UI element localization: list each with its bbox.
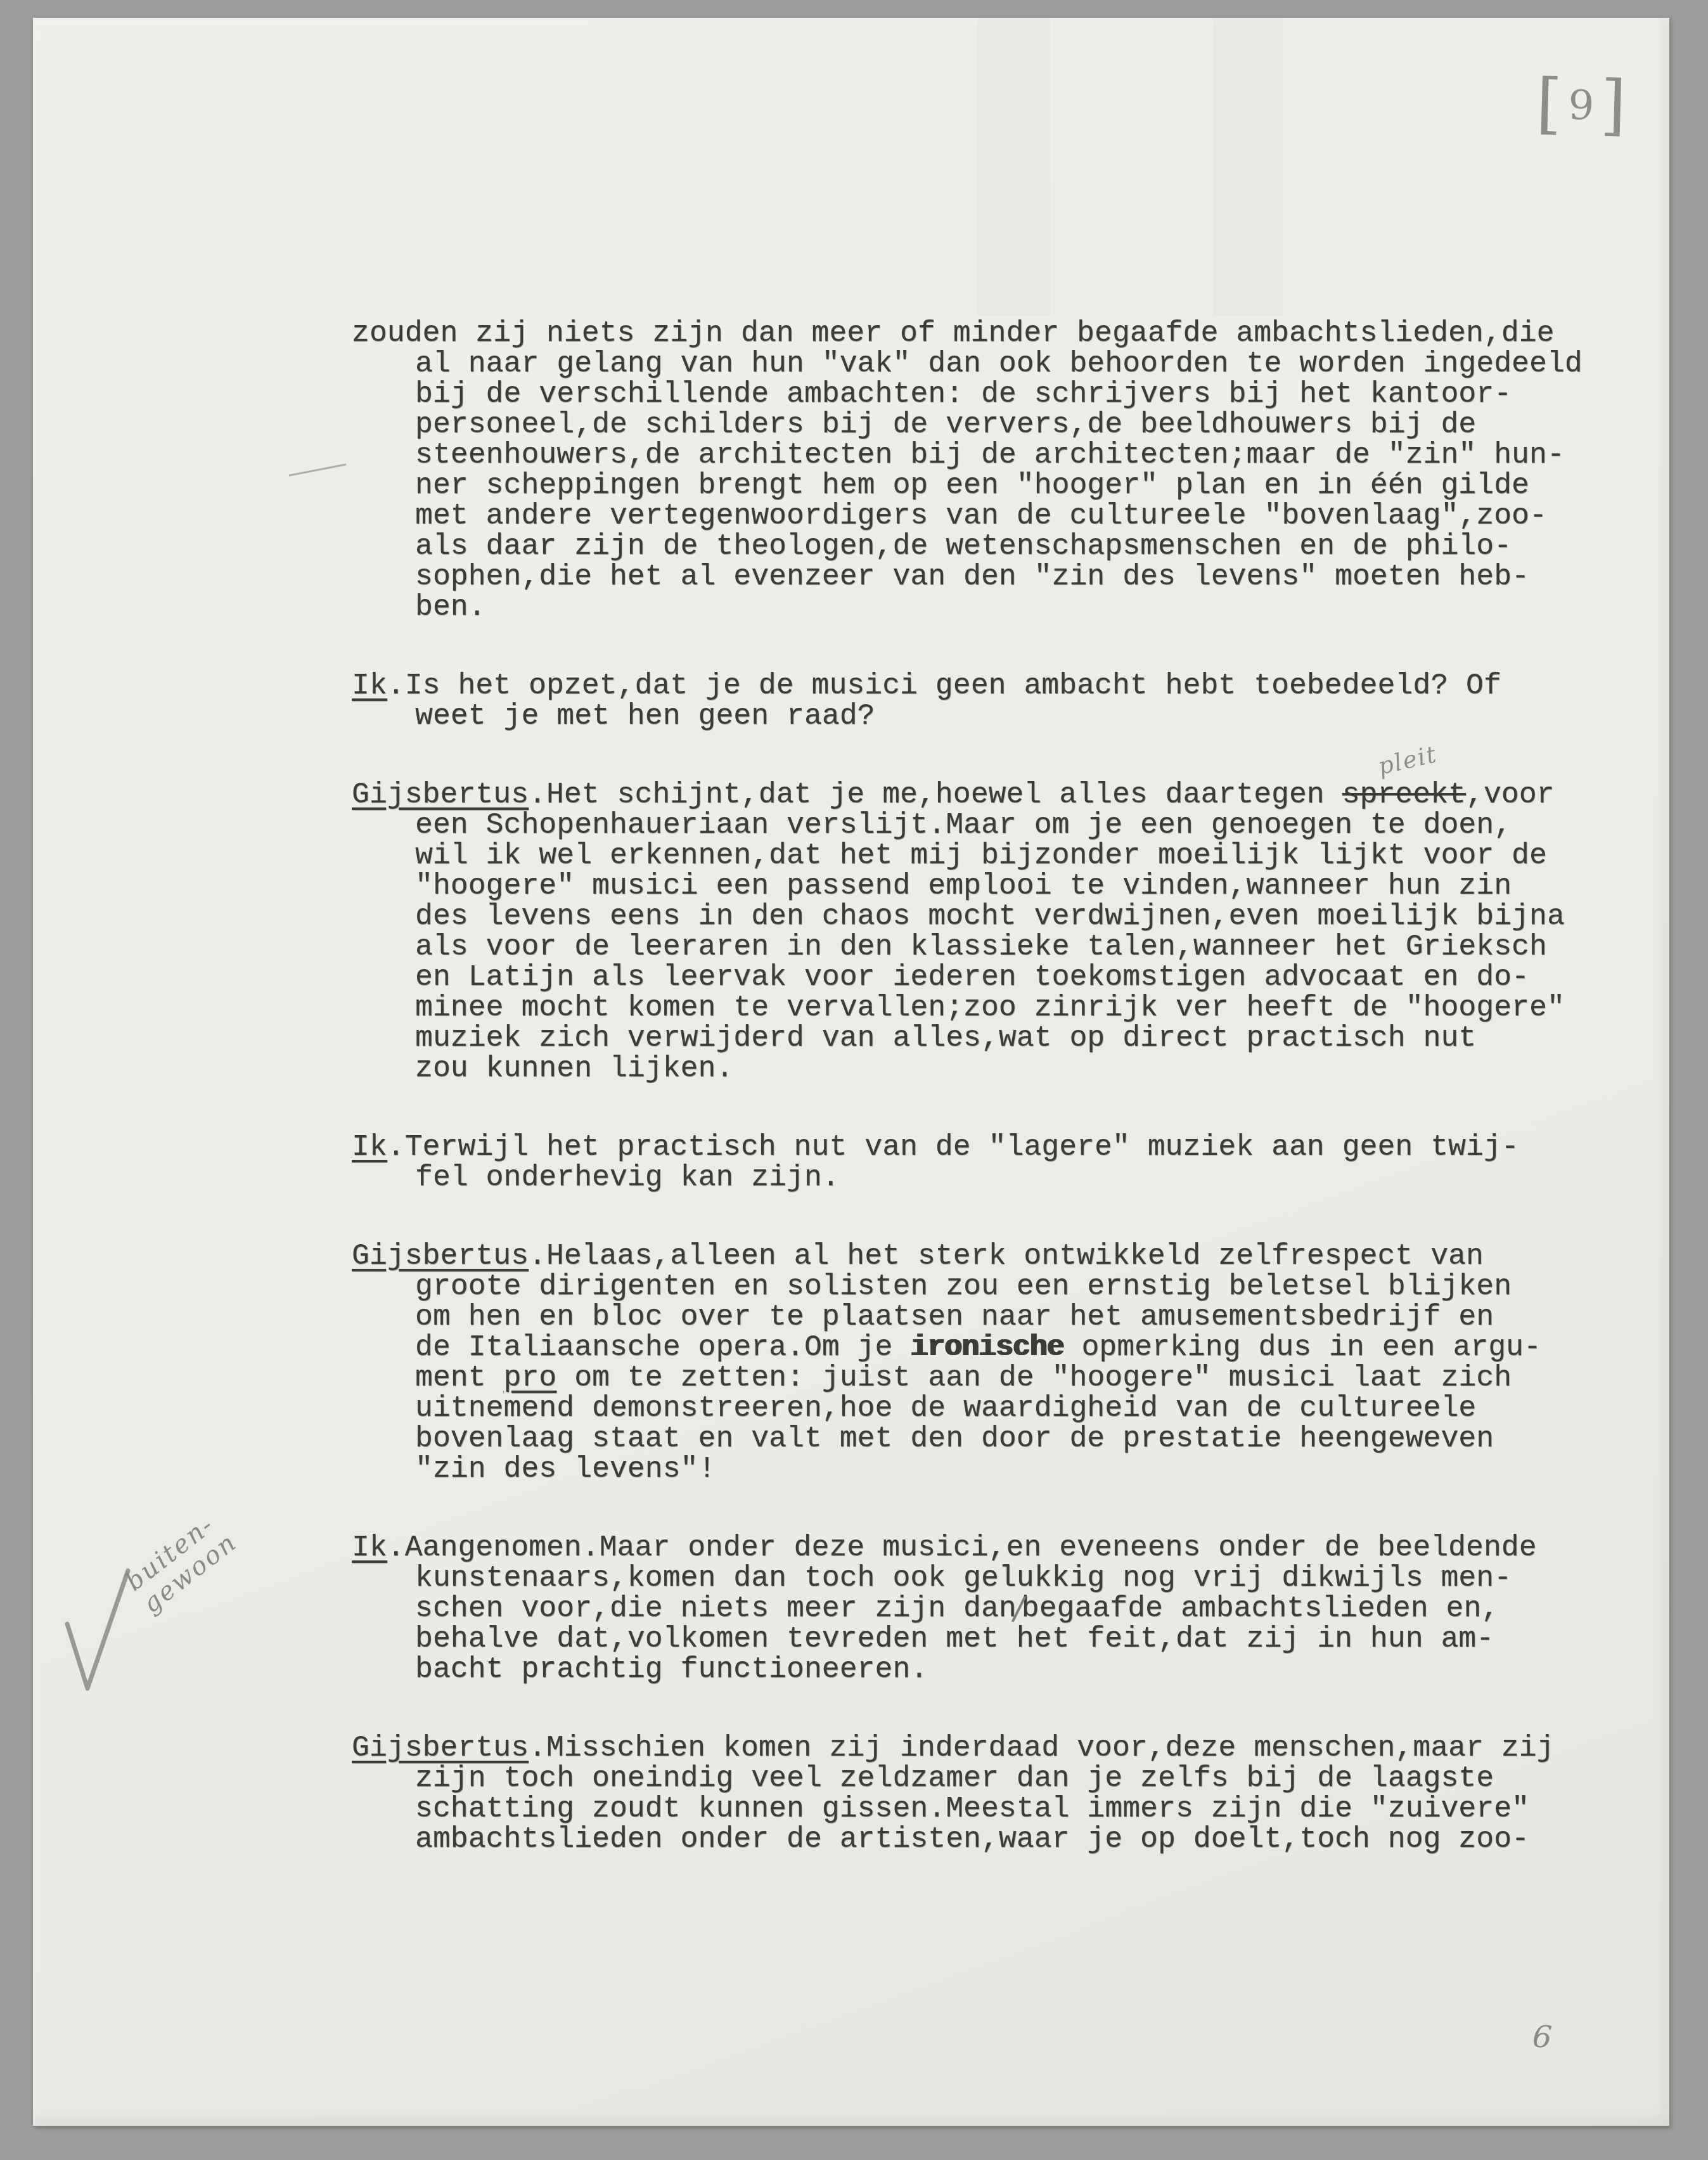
text-segment: ment xyxy=(415,1361,504,1394)
text-line: om hen en bloc over te plaatsen naar het… xyxy=(352,1302,1626,1332)
text-segment: als daar zijn de theologen,de wetenschap… xyxy=(415,529,1512,563)
text-segment: ambachtslieden onder de artisten,waar je… xyxy=(415,1822,1529,1856)
bracket-close: ] xyxy=(1600,66,1628,144)
text-line: bacht prachtig functioneeren. xyxy=(352,1654,1626,1685)
text-line: Ik.Aangenomen.Maar onder deze musici,en … xyxy=(352,1533,1626,1563)
document-page: [9] zouden zij niets zijn dan meer of mi… xyxy=(33,18,1669,2126)
text-segment: sophen,die het al evenzeer van den "zin … xyxy=(415,560,1529,593)
text-line: zouden zij niets zijn dan meer of minder… xyxy=(352,318,1626,349)
text-segment: groote dirigenten en solisten zou een er… xyxy=(415,1270,1512,1303)
text-segment: ner scheppingen brengt hem op een "hooge… xyxy=(415,468,1529,502)
text-segment: schatting zoudt kunnen gissen.Meestal im… xyxy=(415,1792,1529,1825)
scan-artifact-band xyxy=(977,18,1050,316)
text-line: behalve dat,volkomen tevreden met het fe… xyxy=(352,1624,1626,1654)
paragraph: zouden zij niets zijn dan meer of minder… xyxy=(352,318,1626,622)
struck-word: spreektpleit xyxy=(1342,778,1466,811)
text-line: en Latijn als leervak voor iederen toeko… xyxy=(352,962,1626,993)
text-line: ben. xyxy=(352,592,1626,622)
text-segment: muziek zich verwijderd van alles,wat op … xyxy=(415,1021,1476,1055)
text-segment: kunstenaars,komen dan toch ook gelukkig … xyxy=(415,1561,1512,1595)
bracket-open: [ xyxy=(1535,64,1563,142)
text-segment: weet je met hen geen raad? xyxy=(415,699,875,733)
paragraph: Gijsbertus.Het schijnt,dat je me,hoewel … xyxy=(352,780,1626,1084)
text-segment: zou kunnen lijken. xyxy=(415,1051,733,1085)
text-segment: "zin des levens"! xyxy=(415,1452,716,1486)
text-line: schatting zoudt kunnen gissen.Meestal im… xyxy=(352,1794,1626,1824)
text-segment: personeel,de schilders bij de ververs,de… xyxy=(415,408,1476,441)
text-line: Ik.Is het opzet,dat je de musici geen am… xyxy=(352,671,1626,701)
text-segment: zouden zij niets zijn dan meer of minder… xyxy=(352,316,1555,350)
speaker-name: Ik xyxy=(352,669,387,702)
text-line: Ik.Terwijl het practisch nut van de "lag… xyxy=(352,1132,1626,1162)
page-number-annotation: [9] xyxy=(1536,70,1628,138)
text-line: wil ik wel erkennen,dat het mij bijzonde… xyxy=(352,840,1626,871)
text-segment: schen voor,die niets meer zijn dan xyxy=(415,1591,1017,1625)
margin-note-text: buiten- gewoon xyxy=(120,1506,242,1618)
text-segment: met andere vertegenwoordigers van de cul… xyxy=(415,499,1547,532)
speaker-name: Ik xyxy=(352,1531,387,1564)
text-line: Gijsbertus.Misschien komen zij inderdaad… xyxy=(352,1733,1626,1763)
text-segment: .Aangenomen.Maar onder deze musici,en ev… xyxy=(387,1531,1537,1564)
checkmark-icon xyxy=(63,1563,133,1696)
text-line: ment pro om te zetten: juist aan de "hoo… xyxy=(352,1363,1626,1393)
text-line: muziek zich verwijderd van alles,wat op … xyxy=(352,1023,1626,1053)
text-line: Gijsbertus.Helaas,alleen al het sterk on… xyxy=(352,1241,1626,1271)
text-line: schen voor,die niets meer zijn dan/begaa… xyxy=(352,1593,1626,1624)
page-number-digit: 9 xyxy=(1562,82,1602,130)
text-line: groote dirigenten en solisten zou een er… xyxy=(352,1271,1626,1302)
text-line: bij de verschillende ambachten: de schri… xyxy=(352,379,1626,409)
typescript-text: zouden zij niets zijn dan meer of minder… xyxy=(352,318,1626,1903)
text-segment: .Het schijnt,dat je me,hoewel alles daar… xyxy=(529,778,1342,811)
text-segment: behalve dat,volkomen tevreden met het fe… xyxy=(415,1622,1494,1655)
text-segment: al naar gelang van hun "vak" dan ook beh… xyxy=(415,347,1583,380)
text-line: personeel,de schilders bij de ververs,de… xyxy=(352,409,1626,440)
text-line: uitnemend demonstreeren,hoe de waardighe… xyxy=(352,1393,1626,1424)
text-segment: bacht prachtig functioneeren. xyxy=(415,1652,928,1686)
text-segment: des levens eens in den chaos mocht verdw… xyxy=(415,899,1565,933)
text-segment: uitnemend demonstreeren,hoe de waardighe… xyxy=(415,1391,1476,1425)
pencil-dash-mark xyxy=(289,463,347,476)
text-segment: .Misschien komen zij inderdaad voor,deze… xyxy=(529,1731,1554,1765)
paragraph: Ik.Terwijl het practisch nut van de "lag… xyxy=(352,1132,1626,1193)
scan-background: { "document": { "language": "Dutch", "ty… xyxy=(0,0,1708,2160)
text-segment: de Italiaansche opera.Om je xyxy=(415,1330,910,1364)
text-segment: minee mocht komen te vervallen;zoo zinri… xyxy=(415,991,1565,1024)
text-segment: bij de verschillende ambachten: de schri… xyxy=(415,377,1512,411)
text-line: zijn toch oneindig veel zeldzamer dan je… xyxy=(352,1763,1626,1794)
text-segment: .Helaas,alleen al het sterk ontwikkeld z… xyxy=(529,1239,1484,1273)
paragraph: Gijsbertus.Helaas,alleen al het sterk on… xyxy=(352,1241,1626,1484)
text-line: met andere vertegenwoordigers van de cul… xyxy=(352,501,1626,531)
text-line: weet je met hen geen raad? xyxy=(352,701,1626,731)
speaker-name: Gijsbertus xyxy=(352,778,529,811)
text-line: Gijsbertus.Het schijnt,dat je me,hoewel … xyxy=(352,780,1626,810)
margin-note: buiten- gewoon xyxy=(52,1514,255,1704)
text-line: "zin des levens"! xyxy=(352,1454,1626,1484)
text-segment: .Is het opzet,dat je de musici geen amba… xyxy=(387,669,1501,702)
text-line: een Schopenhaueriaan verslijt.Maar om je… xyxy=(352,810,1626,840)
paragraph: Ik.Aangenomen.Maar onder deze musici,en … xyxy=(352,1533,1626,1685)
text-line: minee mocht komen te vervallen;zoo zinri… xyxy=(352,993,1626,1023)
text-segment: een Schopenhaueriaan verslijt.Maar om je… xyxy=(415,808,1512,842)
text-segment: bovenlaag staat en valt met den door de … xyxy=(415,1422,1494,1455)
text-segment: ,voor xyxy=(1466,778,1555,811)
text-segment: begaafde ambachtslieden en, xyxy=(1022,1591,1499,1625)
text-segment: als voor de leeraren in den klassieke ta… xyxy=(415,930,1547,963)
text-line: bovenlaag staat en valt met den door de … xyxy=(352,1424,1626,1454)
underlined-word: pro xyxy=(504,1361,557,1394)
handwritten-correction: pleit xyxy=(1376,742,1439,778)
text-segment: .Terwijl het practisch nut van de "lager… xyxy=(387,1130,1519,1164)
text-segment: om te zetten: juist aan de "hoogere" mus… xyxy=(556,1361,1512,1394)
text-segment: en Latijn als leervak voor iederen toeko… xyxy=(415,960,1529,994)
text-line: sophen,die het al evenzeer van den "zin … xyxy=(352,562,1626,592)
text-line: kunstenaars,komen dan toch ook gelukkig … xyxy=(352,1563,1626,1593)
text-line: "hoogere" musici een passend emplooi te … xyxy=(352,871,1626,901)
speaker-name: Gijsbertus xyxy=(352,1731,529,1765)
text-segment: steenhouwers,de architecten bij de archi… xyxy=(415,438,1565,472)
text-segment: "hoogere" musici een passend emplooi te … xyxy=(415,869,1512,903)
text-segment: zijn toch oneindig veel zeldzamer dan je… xyxy=(415,1761,1494,1795)
text-line: steenhouwers,de architecten bij de archi… xyxy=(352,440,1626,470)
text-line: de Italiaansche opera.Om je ironische op… xyxy=(352,1332,1626,1363)
text-segment: om hen en bloc over te plaatsen naar het… xyxy=(415,1300,1494,1334)
text-line: zou kunnen lijken. xyxy=(352,1053,1626,1084)
scan-artifact-band xyxy=(1213,18,1283,316)
text-segment: opmerking dus in een argu- xyxy=(1063,1330,1541,1364)
text-line: ner scheppingen brengt hem op een "hooge… xyxy=(352,470,1626,501)
text-line: des levens eens in den chaos mocht verdw… xyxy=(352,901,1626,932)
bottom-page-number: 6 xyxy=(1531,2019,1553,2055)
text-line: al naar gelang van hun "vak" dan ook beh… xyxy=(352,349,1626,379)
speaker-name: Ik xyxy=(352,1130,387,1164)
text-segment: ben. xyxy=(415,590,486,624)
paragraph: Ik.Is het opzet,dat je de musici geen am… xyxy=(352,671,1626,731)
text-line: als voor de leeraren in den klassieke ta… xyxy=(352,932,1626,962)
text-segment: fel onderhevig kan zijn. xyxy=(415,1160,840,1194)
text-segment: wil ik wel erkennen,dat het mij bijzonde… xyxy=(415,839,1547,872)
overtyped-word: ironische xyxy=(910,1330,1063,1364)
text-line: ambachtslieden onder de artisten,waar je… xyxy=(352,1824,1626,1855)
paragraph: Gijsbertus.Misschien komen zij inderdaad… xyxy=(352,1733,1626,1855)
speaker-name: Gijsbertus xyxy=(352,1239,529,1273)
text-line: fel onderhevig kan zijn. xyxy=(352,1162,1626,1193)
text-line: als daar zijn de theologen,de wetenschap… xyxy=(352,531,1626,562)
